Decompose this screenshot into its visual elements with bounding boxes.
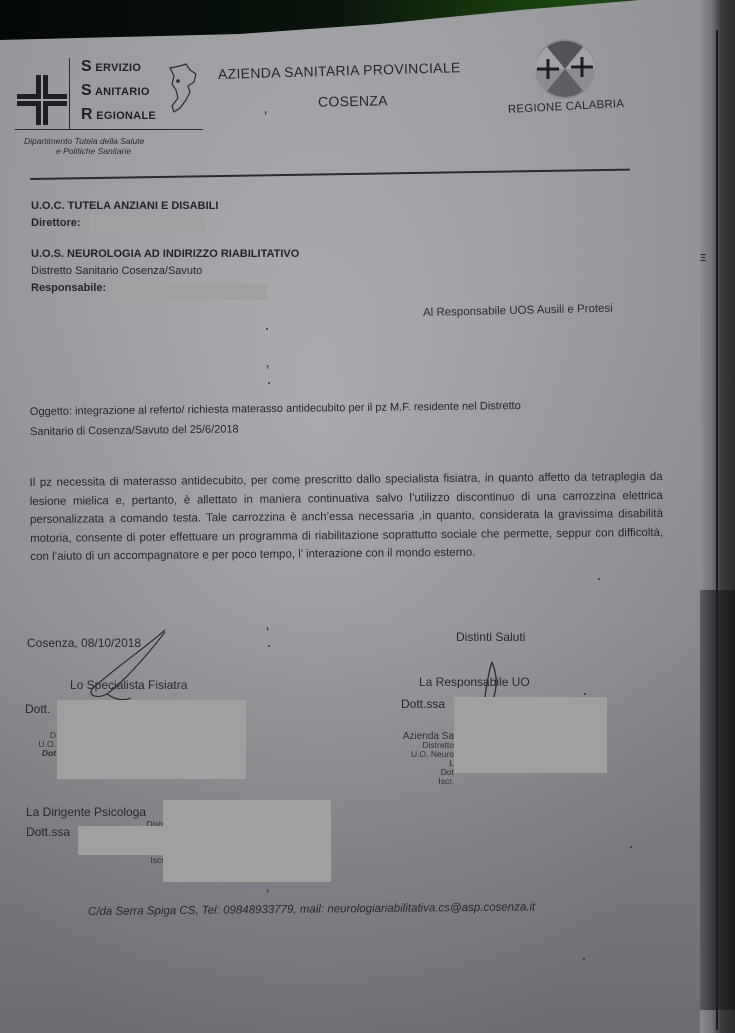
physiatrist-name-redacted xyxy=(57,700,246,779)
psychologist-title: Dott.ssa xyxy=(26,825,70,839)
ssr-word-sanitario: S ANITARIO xyxy=(81,82,150,100)
letter-body: Il pz necessita di materasso antidecubit… xyxy=(30,468,664,567)
speck: , xyxy=(266,620,269,632)
uoc-title: U.O.C. TUTELA ANZIANI E DISABILI xyxy=(31,200,218,212)
speck xyxy=(630,846,632,848)
physiatrist-signature xyxy=(85,628,175,708)
speck xyxy=(598,578,600,580)
physiatrist-stamp: D U.O. Dot xyxy=(34,731,56,758)
side-mark: Ξ xyxy=(700,253,706,264)
physiatrist-role: Lo Specialista Fisiatra xyxy=(70,678,187,692)
organization-city: COSENZA xyxy=(318,92,388,109)
speck: , xyxy=(266,882,269,894)
manager-label: Responsabile: xyxy=(31,282,106,294)
speck xyxy=(268,645,270,647)
department-line-2: e Politiche Sanitarie xyxy=(56,146,131,156)
unit-head-role: La Responsabile UO xyxy=(419,675,530,689)
sheet-fold-line xyxy=(716,30,718,1030)
speck xyxy=(583,958,585,960)
physiatrist-title: Dott. xyxy=(25,702,50,716)
logo-underline xyxy=(15,129,203,130)
district-name: Distretto Sanitario Cosenza/Savuto xyxy=(31,265,202,277)
unit-head-name-redacted xyxy=(454,697,607,773)
regione-calabria-emblem-icon xyxy=(533,37,597,101)
red-cross-icon xyxy=(17,75,67,125)
psychologist-stamp-redacted xyxy=(163,800,331,882)
psychologist-name-redacted xyxy=(78,826,168,855)
director-name-redacted xyxy=(90,215,206,232)
calabria-map-icon xyxy=(166,62,206,117)
logo-divider xyxy=(69,58,70,130)
subject: Oggetto: integrazione al referto/ richie… xyxy=(30,394,680,442)
unit-head-title: Dott.ssa xyxy=(401,697,445,711)
ssr-word-servizio: S ERVIZIO xyxy=(81,58,141,76)
speck xyxy=(268,382,270,384)
director-label: Direttore: xyxy=(31,217,81,229)
speck xyxy=(266,328,268,330)
manager-name-redacted xyxy=(110,283,267,300)
department-line-1: Dipartimento Tutela della Salute xyxy=(24,136,144,146)
psychologist-role: La Dirigente Psicologa xyxy=(26,805,146,819)
ssr-word-regionale: R EGIONALE xyxy=(81,106,156,124)
uos-title: U.O.S. NEUROLOGIA AD INDIRIZZO RIABILITA… xyxy=(31,248,299,260)
speck: , xyxy=(266,358,269,370)
speck: , xyxy=(264,104,267,116)
unit-head-stamp: Azienda Sa Distretto U.O. Neuro L Dot Is… xyxy=(384,732,454,786)
greeting: Distinti Saluti xyxy=(456,630,525,644)
speck xyxy=(584,693,586,695)
